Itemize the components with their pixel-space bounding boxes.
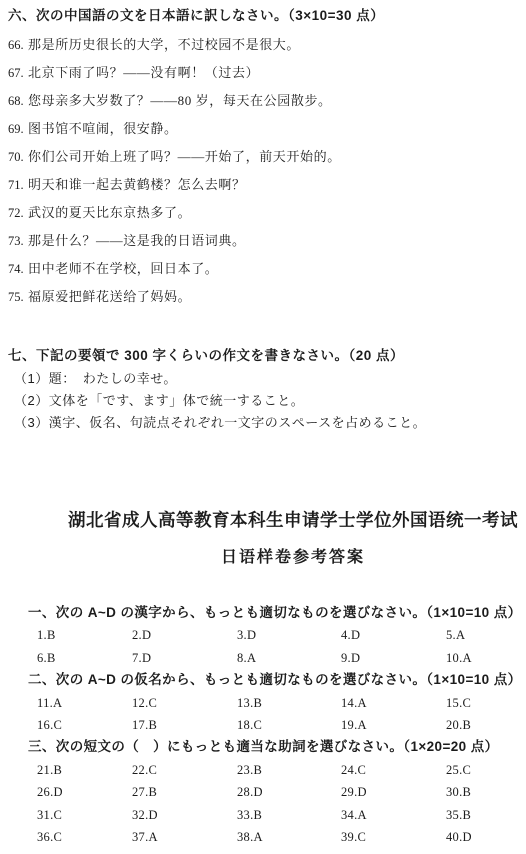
answer-cell: 21.B xyxy=(37,759,132,781)
essay-note: （1）題： わたしの幸せ。 xyxy=(8,371,522,386)
answer-cell: 34.A xyxy=(341,804,446,826)
question-item: 71. 明天和谁一起去黄鹤楼？怎么去啊？ xyxy=(8,178,522,192)
question-item: 73. 那是什么？——这是我的日语词典。 xyxy=(8,234,522,248)
answer-cell: 7.D xyxy=(132,647,237,669)
answer-section-heading: 二、次の A~D の仮名から、もっとも適切なものを選びなさい。（1×10=10 … xyxy=(0,669,526,691)
question-number: 69. xyxy=(8,122,28,136)
answer-cell: 12.C xyxy=(132,692,237,714)
answer-cell: 17.B xyxy=(132,714,237,736)
answer-cell: 19.A xyxy=(341,714,446,736)
answer-cell: 9.D xyxy=(341,647,446,669)
answer-row: 26.D 27.B 28.D 29.D 30.B xyxy=(0,781,526,803)
answer-cell: 33.B xyxy=(237,804,341,826)
answer-cell: 35.B xyxy=(446,804,526,826)
question-number: 73. xyxy=(8,234,28,248)
answer-cell: 5.A xyxy=(446,624,526,646)
question-number: 67. xyxy=(8,66,28,80)
answer-cell: 26.D xyxy=(37,781,132,803)
answer-row: 6.B 7.D 8.A 9.D 10.A xyxy=(0,647,526,669)
question-text: 那是什么？——这是我的日语词典。 xyxy=(28,234,246,248)
question-item: 70. 你们公司开始上班了吗？——开始了，前天开始的。 xyxy=(8,150,522,164)
question-item: 72. 武汉的夏天比东京热多了。 xyxy=(8,206,522,220)
answer-cell: 30.B xyxy=(446,781,526,803)
translation-section: 六、次の中国語の文を日本語に訳しなさい。（3×10=30 点） 66. 那是所历… xyxy=(8,8,522,304)
question-text: 那是所历史很长的大学，不过校园不是很大。 xyxy=(28,38,300,52)
question-text: 明天和谁一起去黄鹤楼？怎么去啊？ xyxy=(28,178,246,192)
answer-cell: 25.C xyxy=(446,759,526,781)
answer-cell: 40.D xyxy=(446,826,526,848)
answer-cell: 39.C xyxy=(341,826,446,848)
question-text: 田中老师不在学校，回日本了。 xyxy=(28,262,218,276)
question-text: 您母亲多大岁数了？——80 岁，每天在公园散步。 xyxy=(28,94,332,108)
answer-cell: 18.C xyxy=(237,714,341,736)
answer-cell: 10.A xyxy=(446,647,526,669)
essay-section-heading: 七、下記の要領で 300 字くらいの作文を書きなさい。（20 点） xyxy=(8,348,522,364)
answer-key-title-block: 湖北省成人高等教育本科生申请学士学位外国语统一考试 日语样卷参考答案 xyxy=(60,508,526,569)
answer-section-heading: 三、次の短文の（ ）にもっとも適当な助詞を選びなさい。（1×20=20 点） xyxy=(0,736,526,758)
answer-cell: 27.B xyxy=(132,781,237,803)
question-text: 北京下雨了吗？——没有啊！（过去） xyxy=(28,66,259,80)
question-number: 75. xyxy=(8,290,28,304)
question-item: 67. 北京下雨了吗？——没有啊！（过去） xyxy=(8,66,522,80)
question-item: 66. 那是所历史很长的大学，不过校园不是很大。 xyxy=(8,38,522,52)
question-number: 70. xyxy=(8,150,28,164)
question-item: 74. 田中老师不在学校，回日本了。 xyxy=(8,262,522,276)
answer-cell: 2.D xyxy=(132,624,237,646)
answer-row: 16.C 17.B 18.C 19.A 20.B xyxy=(0,714,526,736)
answer-cell: 3.D xyxy=(237,624,341,646)
answer-cell: 6.B xyxy=(37,647,132,669)
question-text: 武汉的夏天比东京热多了。 xyxy=(28,206,191,220)
question-number: 74. xyxy=(8,262,28,276)
answer-key: 一、次の A~D の漢字から、もっとも適切なものを選びなさい。（1×10=10 … xyxy=(0,602,526,848)
essay-note: （2）文体を「です、ます」体で統一すること。 xyxy=(8,393,522,408)
exam-document-page: 六、次の中国語の文を日本語に訳しなさい。（3×10=30 点） 66. 那是所历… xyxy=(0,0,526,854)
question-item: 68. 您母亲多大岁数了？——80 岁，每天在公园散步。 xyxy=(8,94,522,108)
answer-key-subtitle: 日语样卷参考答案 xyxy=(60,547,526,569)
answer-cell: 31.C xyxy=(37,804,132,826)
question-item: 75. 福原爱把鲜花送给了妈妈。 xyxy=(8,290,522,304)
answer-cell: 20.B xyxy=(446,714,526,736)
question-number: 71. xyxy=(8,178,28,192)
answer-cell: 22.C xyxy=(132,759,237,781)
question-number: 72. xyxy=(8,206,28,220)
essay-note: （3）漢字、仮名、句読点それぞれ一文字のスペースを占めること。 xyxy=(8,415,522,430)
answer-cell: 23.B xyxy=(237,759,341,781)
answer-cell: 4.D xyxy=(341,624,446,646)
answer-cell: 15.C xyxy=(446,692,526,714)
answer-row: 11.A 12.C 13.B 14.A 15.C xyxy=(0,692,526,714)
answer-cell: 24.C xyxy=(341,759,446,781)
question-text: 图书馆不喧闹，很安静。 xyxy=(28,122,178,136)
answer-cell: 16.C xyxy=(37,714,132,736)
essay-section: 七、下記の要領で 300 字くらいの作文を書きなさい。（20 点） （1）題： … xyxy=(8,348,522,430)
question-number: 68. xyxy=(8,94,28,108)
answer-cell: 8.A xyxy=(237,647,341,669)
answer-cell: 1.B xyxy=(37,624,132,646)
question-number: 66. xyxy=(8,38,28,52)
translation-section-heading: 六、次の中国語の文を日本語に訳しなさい。（3×10=30 点） xyxy=(8,8,522,24)
question-text: 你们公司开始上班了吗？——开始了，前天开始的。 xyxy=(28,150,341,164)
answer-cell: 28.D xyxy=(237,781,341,803)
answer-cell: 37.A xyxy=(132,826,237,848)
answer-row: 36.C 37.A 38.A 39.C 40.D xyxy=(0,826,526,848)
answer-cell: 29.D xyxy=(341,781,446,803)
answer-row: 21.B 22.C 23.B 24.C 25.C xyxy=(0,759,526,781)
answer-cell: 11.A xyxy=(37,692,132,714)
answer-cell: 13.B xyxy=(237,692,341,714)
question-text: 福原爱把鲜花送给了妈妈。 xyxy=(28,290,191,304)
answer-cell: 36.C xyxy=(37,826,132,848)
answer-cell: 38.A xyxy=(237,826,341,848)
answer-row: 31.C 32.D 33.B 34.A 35.B xyxy=(0,804,526,826)
answer-cell: 14.A xyxy=(341,692,446,714)
exam-title: 湖北省成人高等教育本科生申请学士学位外国语统一考试 xyxy=(60,508,526,532)
answer-cell: 32.D xyxy=(132,804,237,826)
answer-section-heading: 一、次の A~D の漢字から、もっとも適切なものを選びなさい。（1×10=10 … xyxy=(0,602,526,624)
question-item: 69. 图书馆不喧闹，很安静。 xyxy=(8,122,522,136)
answer-row: 1.B 2.D 3.D 4.D 5.A xyxy=(0,624,526,646)
